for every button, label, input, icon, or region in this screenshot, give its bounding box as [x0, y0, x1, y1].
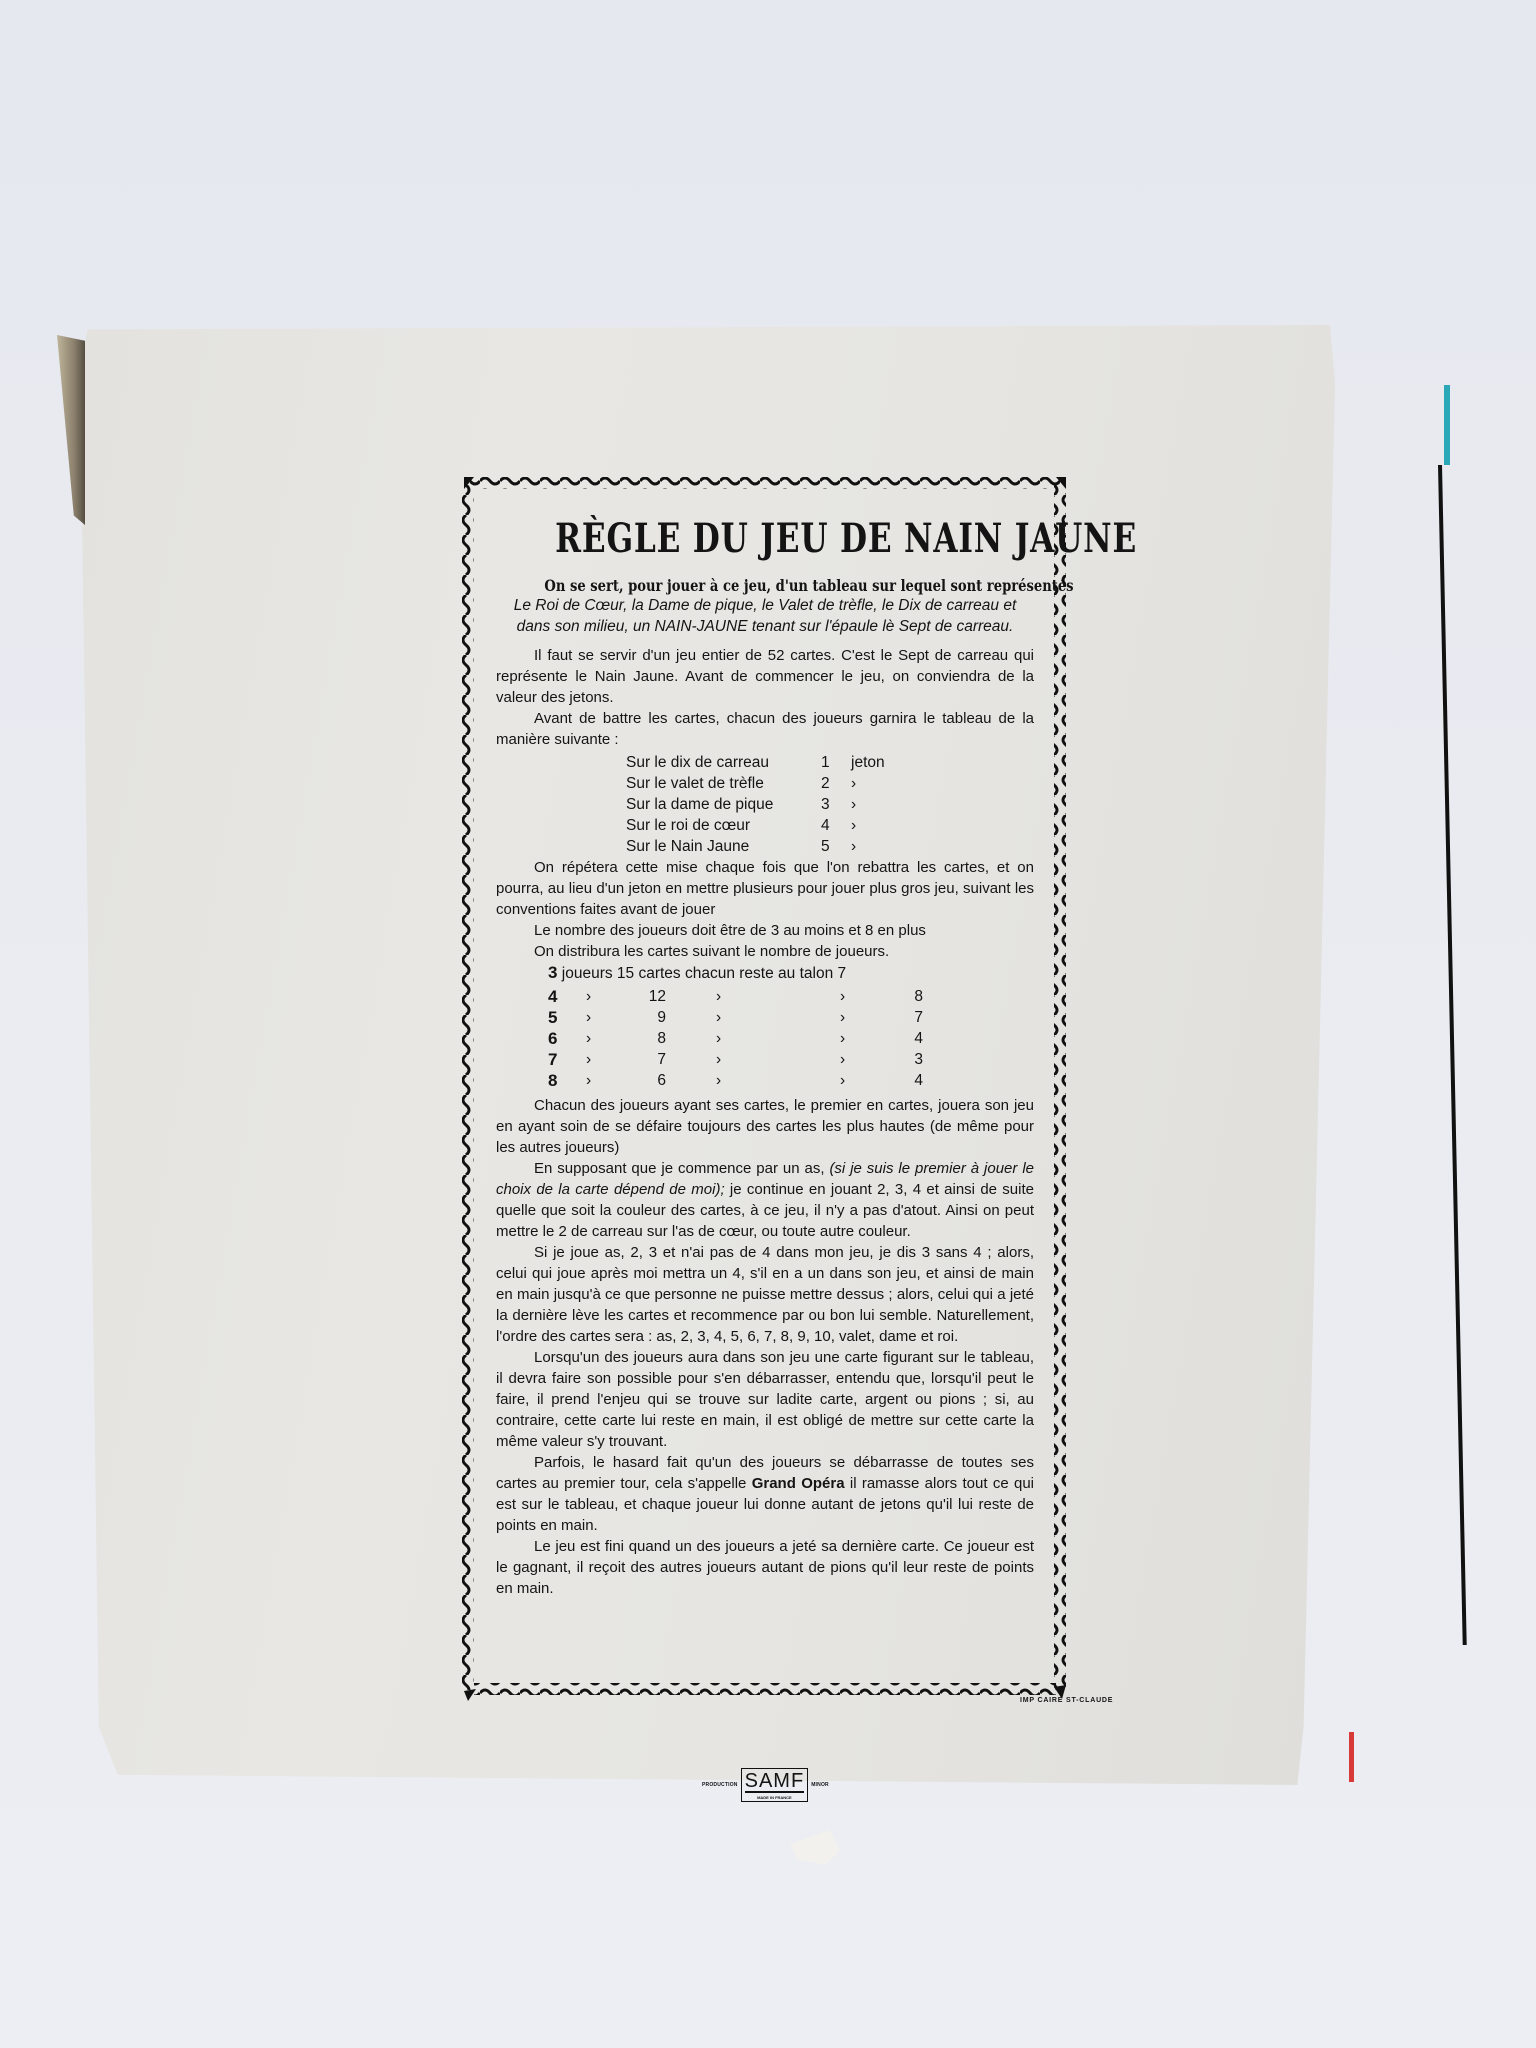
box-edge-dark-line	[1438, 465, 1467, 1645]
paragraph-play-order: Chacun des joueurs ayant ses cartes, le …	[496, 1095, 1034, 1158]
deal-table: 4 › 12 › › 8 5 › 9 › › 7 6 ›	[548, 986, 923, 1091]
paragraph-deal: On distribura les cartes suivant le nomb…	[496, 941, 1034, 962]
box-edge-red-strip	[1349, 1732, 1354, 1782]
paragraph-ace-example: En supposant que je commence par un as, …	[496, 1158, 1034, 1242]
paragraph-setup: Avant de battre les cartes, chacun des j…	[496, 708, 1034, 750]
deal-row: 4 › 12 › › 8	[548, 986, 923, 1007]
rules-title: RÈGLE DU JEU DE NAIN JAUNE	[555, 515, 975, 562]
logo-name: SAMF	[745, 1771, 805, 1793]
deal-row: 8 › 6 › › 4	[548, 1070, 923, 1091]
stakes-table: Sur le dix de carreau 1 jeton Sur le val…	[626, 752, 885, 857]
printer-credit: IMP CAIRE ST-CLAUDE	[1020, 1697, 1113, 1704]
logo-mark: SAMF MADE IN FRANCE	[741, 1768, 809, 1802]
deal-header-row: 3 joueurs 15 cartes chacun reste au talo…	[548, 962, 1034, 984]
stake-row: Sur le roi de cœur 4 ›	[626, 815, 885, 836]
stake-row: Sur le dix de carreau 1 jeton	[626, 752, 885, 773]
paragraph-sans-rule: Si je joue as, 2, 3 et n'ai pas de 4 dan…	[496, 1242, 1034, 1347]
deal-row: 7 › 7 › › 3	[548, 1049, 923, 1070]
paragraph-deck: Il faut se servir d'un jeu entier de 52 …	[496, 645, 1034, 708]
box-worn-edge-left	[57, 335, 85, 525]
paragraph-repeat-stake: On répétera cette mise chaque fois que l…	[496, 857, 1034, 920]
box-edge-teal-strip	[1444, 385, 1450, 465]
stake-row: Sur le valet de trèfle 2 ›	[626, 773, 885, 794]
rules-panel: RÈGLE DU JEU DE NAIN JAUNE On se sert, p…	[460, 475, 1070, 1705]
samf-logo: PRODUCTION SAMF MADE IN FRANCE MINOR	[702, 1768, 829, 1802]
stake-row: Sur la dame de pique 3 ›	[626, 794, 885, 815]
intro-italic: Le Roi de Cœur, la Dame de pique, le Val…	[496, 595, 1034, 637]
paragraph-board-cards: Lorsqu'un des joueurs aura dans son jeu …	[496, 1347, 1034, 1452]
paragraph-player-count: Le nombre des joueurs doit être de 3 au …	[496, 920, 1034, 941]
stake-row: Sur le Nain Jaune 5 ›	[626, 836, 885, 857]
torn-paper-flap	[790, 1830, 840, 1865]
paragraph-grand-opera: Parfois, le hasard fait qu'un des joueur…	[496, 1452, 1034, 1536]
deal-row: 5 › 9 › › 7	[548, 1007, 923, 1028]
logo-tagline: MADE IN FRANCE	[745, 1795, 805, 1800]
logo-suffix: MINOR	[811, 1782, 829, 1788]
deal-row: 6 › 8 › › 4	[548, 1028, 923, 1049]
intro-line: On se sert, pour jouer à ce jeu, d'un ta…	[544, 576, 985, 595]
logo-prefix: PRODUCTION	[702, 1782, 738, 1788]
paragraph-end-game: Le jeu est fini quand un des joueurs a j…	[496, 1536, 1034, 1599]
